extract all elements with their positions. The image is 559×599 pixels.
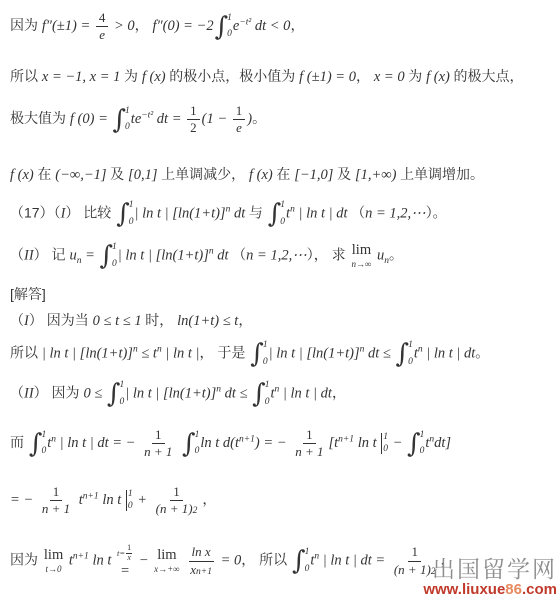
integral-upper-bound: 1 — [420, 431, 425, 441]
evaluation-bounds: 10 — [383, 433, 388, 454]
limit-subscript: t→0 — [46, 565, 62, 574]
integral-icon: ∫ — [407, 431, 421, 457]
math-run: 1 — [53, 484, 60, 500]
math-run: (−∞,−1] — [55, 167, 110, 183]
fraction: 1x — [126, 544, 132, 563]
math-run: ln t — [99, 492, 125, 508]
integral: ∫10 — [107, 380, 124, 408]
superscript: 2 — [193, 507, 198, 517]
evaluation-bounds: 10 — [128, 490, 133, 511]
math-run: = 0 — [217, 552, 241, 568]
math-run: | ln t | [ln(1+t)] — [42, 345, 133, 361]
line-part2-limit-conclusion: 因为 limt→0 tn+1 ln t t=1x= − limx→+∞ ln x… — [10, 544, 455, 578]
integral-icon: ∫ — [292, 548, 306, 574]
math-run: ≤ t — [138, 345, 157, 361]
integral-lower-bound: 0 — [280, 218, 285, 228]
line-part2-integration-by-parts: 而 ∫10tn | ln t | dt = − 1n + 1 ∫10ln t d… — [10, 427, 451, 461]
text-run: 在 — [276, 166, 294, 182]
math-run: dt ≤ — [364, 345, 394, 361]
text-run: 与 — [249, 204, 267, 220]
integral-lower-bound: 0 — [195, 447, 200, 457]
text-run: 时， — [145, 312, 177, 328]
integral-icon: ∫ — [396, 341, 410, 367]
fraction-numerator: 1 — [50, 484, 63, 501]
math-run: 0 ≤ — [83, 385, 105, 401]
math-run: 1 — [127, 544, 131, 553]
text-run: ）， 求 — [307, 246, 350, 262]
text-run: ， 所以 — [241, 551, 291, 567]
limit-word: lim — [157, 548, 176, 563]
fraction: 1n + 1 — [292, 427, 326, 461]
watermark: 出国留学网 www.liuxue86.com — [423, 558, 557, 597]
integral-upper-bound: 1 — [265, 381, 270, 391]
integral: ∫10 — [100, 242, 117, 270]
watermark-site-name: 出国留学网 — [423, 558, 557, 581]
math-run: x = −1, x = 1 — [42, 69, 124, 85]
url-prefix: www.liuxue — [423, 581, 505, 598]
integral-lower-bound: 0 — [305, 565, 310, 575]
line-extreme-minimum-points: 所以 x = −1, x = 1 为 f (x) 的极小点，极小值为 f (±1… — [10, 66, 523, 86]
text-run: ， — [356, 68, 374, 84]
integral-bounds: 10 — [265, 380, 270, 408]
annotated-equals: t=1x= — [117, 544, 133, 578]
integral-upper-bound: 1 — [41, 431, 46, 441]
document-page: 因为 f″(±1) = 4e > 0， f″(0) = −2∫10e−t² dt… — [0, 0, 559, 599]
math-run: f (x) — [249, 167, 276, 183]
text-run: 上单调增加。 — [400, 166, 484, 182]
fraction-denominator: e — [233, 120, 245, 136]
integral-lower-bound: 0 — [125, 123, 130, 133]
integral: ∫10 — [292, 547, 309, 575]
math-run: te — [131, 111, 141, 127]
text-run: 极大值为 — [10, 110, 70, 126]
math-run: f (x) — [10, 167, 37, 183]
fraction-denominator: n + 1 — [292, 444, 326, 460]
superscript: −t² — [239, 17, 251, 27]
math-run: f (±1) = 0 — [299, 69, 356, 85]
integral-lower-bound: 0 — [129, 218, 134, 228]
math-run: x = 0 — [374, 69, 408, 85]
integral-bounds: 10 — [125, 106, 130, 134]
math-run: II — [24, 247, 34, 263]
integral-lower-bound: 0 — [265, 398, 270, 408]
integral-icon: ∫ — [107, 381, 121, 407]
math-run: n = 1,2,⋯ — [365, 205, 426, 221]
integral-bounds: 10 — [195, 430, 200, 458]
math-run — [177, 435, 181, 451]
math-run: dt < 0 — [251, 18, 290, 34]
text-run: 上单调减少， — [161, 166, 249, 182]
math-run: f″(±1) = — [42, 18, 94, 34]
math-run: dt = — [153, 111, 185, 127]
math-run: = − — [10, 492, 37, 508]
line-f-double-prime-values: 因为 f″(±1) = 4e > 0， f″(0) = −2∫10e−t² dt… — [10, 10, 304, 44]
limit-word: lim — [352, 243, 371, 258]
fraction-numerator: 1 — [233, 103, 246, 120]
math-run: | ln t | dt = — [319, 552, 389, 568]
math-run: 1 — [155, 427, 162, 443]
math-run: [−1,0] — [294, 167, 337, 183]
integral: ∫10 — [113, 106, 130, 134]
text-run: 的极大点， — [453, 68, 523, 84]
fraction-denominator: n + 1 — [39, 501, 73, 517]
integral-icon: ∫ — [113, 107, 127, 133]
math-run: | ln t | dt — [423, 345, 476, 361]
math-run: II — [24, 385, 34, 401]
line-part2-squeeze-setup: （II） 因为 0 ≤ ∫10| ln t | [ln(1+t)]n dt ≤ … — [10, 380, 346, 408]
integral-lower-bound: 0 — [227, 30, 232, 40]
math-run: (1 − — [202, 111, 231, 127]
math-run: [1,+∞) — [355, 167, 400, 183]
math-run: t= — [117, 549, 125, 558]
integral: ∫10 — [250, 340, 267, 368]
math-run: 1 — [173, 484, 180, 500]
math-run: ln t — [89, 552, 115, 568]
evaluation-bar: 10 — [126, 490, 133, 511]
text-run: 为 — [408, 68, 426, 84]
integral-bounds: 10 — [41, 430, 46, 458]
fraction-denominator: (n + 1)2 — [153, 501, 201, 517]
text-run: ） 记 — [34, 246, 70, 262]
line-part1-conclusion: 所以 | ln t | [ln(1+t)]n ≤ tn | ln t |， 于是… — [10, 340, 489, 368]
watermark-site-url: www.liuxue86.com — [423, 582, 557, 597]
integral-lower-bound: 0 — [119, 398, 124, 408]
math-run: f (x) — [426, 69, 453, 85]
fraction: 1n + 1 — [39, 484, 73, 518]
integral-icon: ∫ — [215, 14, 229, 40]
integral-icon: ∫ — [29, 431, 43, 457]
evaluation-lower-bound: 0 — [383, 445, 388, 455]
superscript: n+1 — [196, 568, 212, 578]
math-run: n + 1 — [144, 444, 172, 460]
text-run: （ — [232, 246, 246, 262]
integral-upper-bound: 1 — [227, 14, 232, 24]
math-run: | ln t | [ln(1+t)] — [135, 205, 226, 221]
superscript: n+1 — [239, 434, 255, 444]
line-monotonicity: f (x) 在 (−∞,−1] 及 [0,1] 上单调减少， f (x) 在 [… — [10, 164, 484, 184]
math-run: > 0 — [110, 18, 134, 34]
text-run: 的极小点，极小值为 — [169, 68, 299, 84]
integral-bounds: 10 — [305, 547, 310, 575]
math-run: = — [81, 247, 98, 263]
math-run: dt — [214, 247, 233, 263]
superscript: n+1 — [83, 491, 99, 501]
integral-bounds: 10 — [112, 242, 117, 270]
math-run: − — [389, 435, 406, 451]
limit-operator: limn→∞ — [351, 243, 371, 269]
math-run — [182, 552, 186, 568]
text-run: ， 于是 — [200, 344, 250, 360]
url-suffix: .com — [522, 581, 557, 598]
integral-icon: ∫ — [182, 431, 196, 457]
line-answer-label: [解答] — [10, 284, 46, 304]
math-run: 4 — [99, 10, 106, 26]
text-run: ） 因为当 — [29, 312, 93, 328]
evaluation-upper-bound: 1 — [128, 490, 133, 500]
text-run: 及 — [110, 166, 128, 182]
integral: ∫10 — [252, 380, 269, 408]
fraction-numerator: 1 — [408, 544, 421, 561]
math-run: n + 1 — [295, 444, 323, 460]
fraction: 1n + 1 — [141, 427, 175, 461]
text-run: 因为 — [10, 551, 42, 567]
math-run: u — [69, 247, 76, 263]
math-run: ln t — [354, 435, 380, 451]
integral: ∫10 — [29, 430, 46, 458]
fraction-numerator: 4 — [96, 10, 109, 27]
text-run: 所以 — [10, 344, 42, 360]
fraction-numerator: ln x — [189, 544, 214, 561]
text-run: （ — [10, 312, 24, 328]
evaluation-upper-bound: 1 — [383, 433, 388, 443]
text-run: ， — [238, 312, 252, 328]
line-part1-inequality-setup: （I） 因为当 0 ≤ t ≤ 1 时， ln(1+t) ≤ t， — [10, 310, 252, 330]
integral-bounds: 10 — [420, 430, 425, 458]
math-run: [0,1] — [128, 167, 161, 183]
math-run: x — [127, 554, 131, 563]
text-run: 及 — [337, 166, 355, 182]
integral-icon: ∫ — [100, 243, 114, 269]
text-run: 在 — [37, 166, 55, 182]
fraction: 4e — [96, 10, 109, 44]
text-run: （ — [351, 204, 365, 220]
math-run: ) = − — [255, 435, 290, 451]
integral-upper-bound: 1 — [125, 107, 130, 117]
math-run: | ln t | dt — [279, 385, 332, 401]
math-run: n = 1,2,⋯ — [246, 247, 307, 263]
integral: ∫10 — [182, 430, 199, 458]
math-run: dt] — [434, 435, 451, 451]
math-run: dt ≤ — [221, 385, 251, 401]
integral-bounds: 10 — [227, 13, 232, 41]
evaluation-bar: 10 — [381, 433, 388, 454]
text-run: 。 — [252, 110, 266, 126]
fraction: 12 — [187, 103, 200, 137]
text-run: 为 — [124, 68, 142, 84]
integral-upper-bound: 1 — [129, 201, 134, 211]
math-run: [t — [328, 435, 338, 451]
math-run: 2 — [190, 120, 197, 136]
math-run: − — [135, 552, 152, 568]
integral-upper-bound: 1 — [263, 341, 268, 351]
math-run: + — [134, 492, 151, 508]
math-run: ln t d(t — [200, 435, 239, 451]
fraction-denominator: n + 1 — [141, 444, 175, 460]
fraction-numerator: 1 — [303, 427, 316, 444]
line-problem-17-part2: （II） 记 un = ∫10| ln t | [ln(1+t)]n dt （n… — [10, 242, 403, 270]
fraction-denominator: e — [96, 27, 108, 43]
text-run: （ — [10, 384, 24, 400]
integral-lower-bound: 0 — [263, 358, 268, 368]
text-run: 因为 — [10, 17, 42, 33]
math-run: (n + 1) — [156, 501, 193, 517]
math-run: t — [75, 492, 83, 508]
integral-icon: ∫ — [250, 341, 264, 367]
fraction: 1e — [233, 103, 246, 137]
line-problem-17-part1: （17）（I） 比较 ∫10| ln t | [ln(1+t)]n dt 与 ∫… — [10, 200, 447, 228]
math-solution-document: { "page": { "bg": "#ffffff", "text_color… — [0, 0, 559, 599]
vertical-bar-icon — [381, 433, 382, 454]
line-maximum-value: 极大值为 f (0) = ∫10te−t² dt = 12(1 − 1e)。 — [10, 103, 266, 137]
integral: ∫10 — [407, 430, 424, 458]
math-run: 1 — [411, 544, 418, 560]
integral-upper-bound: 1 — [408, 341, 413, 351]
math-run: ln(1+t) ≤ t — [177, 313, 238, 329]
text-run: ， — [332, 384, 346, 400]
math-run: u — [373, 247, 384, 263]
fraction: ln xxn+1 — [187, 544, 215, 578]
text-run: [解答] — [10, 286, 46, 302]
math-run: | ln t | [ln(1+t)] — [125, 385, 216, 401]
text-run: ， — [202, 491, 216, 507]
superscript: n+1 — [338, 434, 354, 444]
integral-lower-bound: 0 — [420, 447, 425, 457]
equals-annotation: t=1x — [117, 544, 133, 563]
limit-subscript: x→+∞ — [154, 565, 179, 574]
math-run: n + 1 — [42, 501, 70, 517]
text-run: ， — [290, 17, 304, 33]
fraction-numerator: 1 — [187, 103, 200, 120]
integral-icon: ∫ — [252, 381, 266, 407]
fraction-denominator: xn+1 — [187, 562, 215, 578]
math-run: | ln t | — [162, 345, 200, 361]
integral-upper-bound: 1 — [195, 431, 200, 441]
vertical-bar-icon — [126, 490, 127, 511]
limit-operator: limt→0 — [44, 548, 63, 574]
math-run: dt — [230, 205, 249, 221]
math-run: 1 — [306, 427, 313, 443]
integral-lower-bound: 0 — [112, 260, 117, 270]
line-part2-simplified: = − 1n + 1 tn+1 ln t 10 + 1(n + 1)2， — [10, 484, 216, 518]
math-run: e — [99, 27, 105, 43]
integral-lower-bound: 0 — [41, 447, 46, 457]
fraction-denominator: x — [126, 554, 132, 563]
math-run: | ln t | dt — [295, 205, 351, 221]
math-run: f (x) — [142, 69, 169, 85]
superscript: n+1 — [73, 552, 89, 562]
text-run: （17）（ — [10, 204, 61, 220]
math-run: t — [65, 552, 73, 568]
integral-bounds: 10 — [129, 200, 134, 228]
integral: ∫10 — [215, 13, 232, 41]
math-run: 0 ≤ t ≤ 1 — [93, 313, 146, 329]
fraction-numerator: 1 — [170, 484, 183, 501]
text-run: 所以 — [10, 68, 42, 84]
integral-bounds: 10 — [263, 340, 268, 368]
integral-upper-bound: 1 — [280, 201, 285, 211]
fraction-numerator: 1 — [152, 427, 165, 444]
text-run: 。 — [389, 246, 403, 262]
text-run: 。 — [475, 344, 489, 360]
integral-icon: ∫ — [268, 201, 282, 227]
integral: ∫10 — [268, 200, 285, 228]
math-run: f (0) = — [70, 111, 112, 127]
text-run: ） 比较 — [65, 204, 115, 220]
limit-operator: limx→+∞ — [154, 548, 179, 574]
integral-upper-bound: 1 — [112, 243, 117, 253]
integral: ∫10 — [396, 340, 413, 368]
url-number: 86 — [505, 581, 522, 598]
math-run: | ln t | [ln(1+t)] — [269, 345, 360, 361]
integral-upper-bound: 1 — [119, 381, 124, 391]
integral-icon: ∫ — [116, 201, 130, 227]
integral-bounds: 10 — [280, 200, 285, 228]
fraction-denominator: 2 — [187, 120, 200, 136]
equals-sign: = — [121, 564, 129, 579]
limit-subscript: n→∞ — [351, 260, 371, 269]
integral-bounds: 10 — [408, 340, 413, 368]
math-run: ln x — [192, 544, 211, 560]
limit-word: lim — [44, 548, 63, 563]
math-run: | ln t | [ln(1+t)] — [118, 247, 209, 263]
integral-upper-bound: 1 — [305, 548, 310, 558]
integral: ∫10 — [116, 200, 133, 228]
math-run: | ln t | dt = − — [56, 435, 139, 451]
fraction: 1(n + 1)2 — [153, 484, 201, 518]
math-run: e — [236, 120, 242, 136]
superscript: −t² — [141, 110, 153, 120]
text-run: ） 因为 — [34, 384, 84, 400]
integral-bounds: 10 — [119, 380, 124, 408]
text-run: 而 — [10, 434, 28, 450]
math-run: f″(0) = −2 — [153, 18, 214, 34]
text-run: ， — [135, 17, 153, 33]
math-run: 1 — [236, 103, 243, 119]
math-run: 1 — [190, 103, 197, 119]
text-run: （ — [10, 246, 24, 262]
integral-lower-bound: 0 — [408, 358, 413, 368]
evaluation-lower-bound: 0 — [128, 502, 133, 512]
text-run: ）。 — [426, 204, 447, 220]
